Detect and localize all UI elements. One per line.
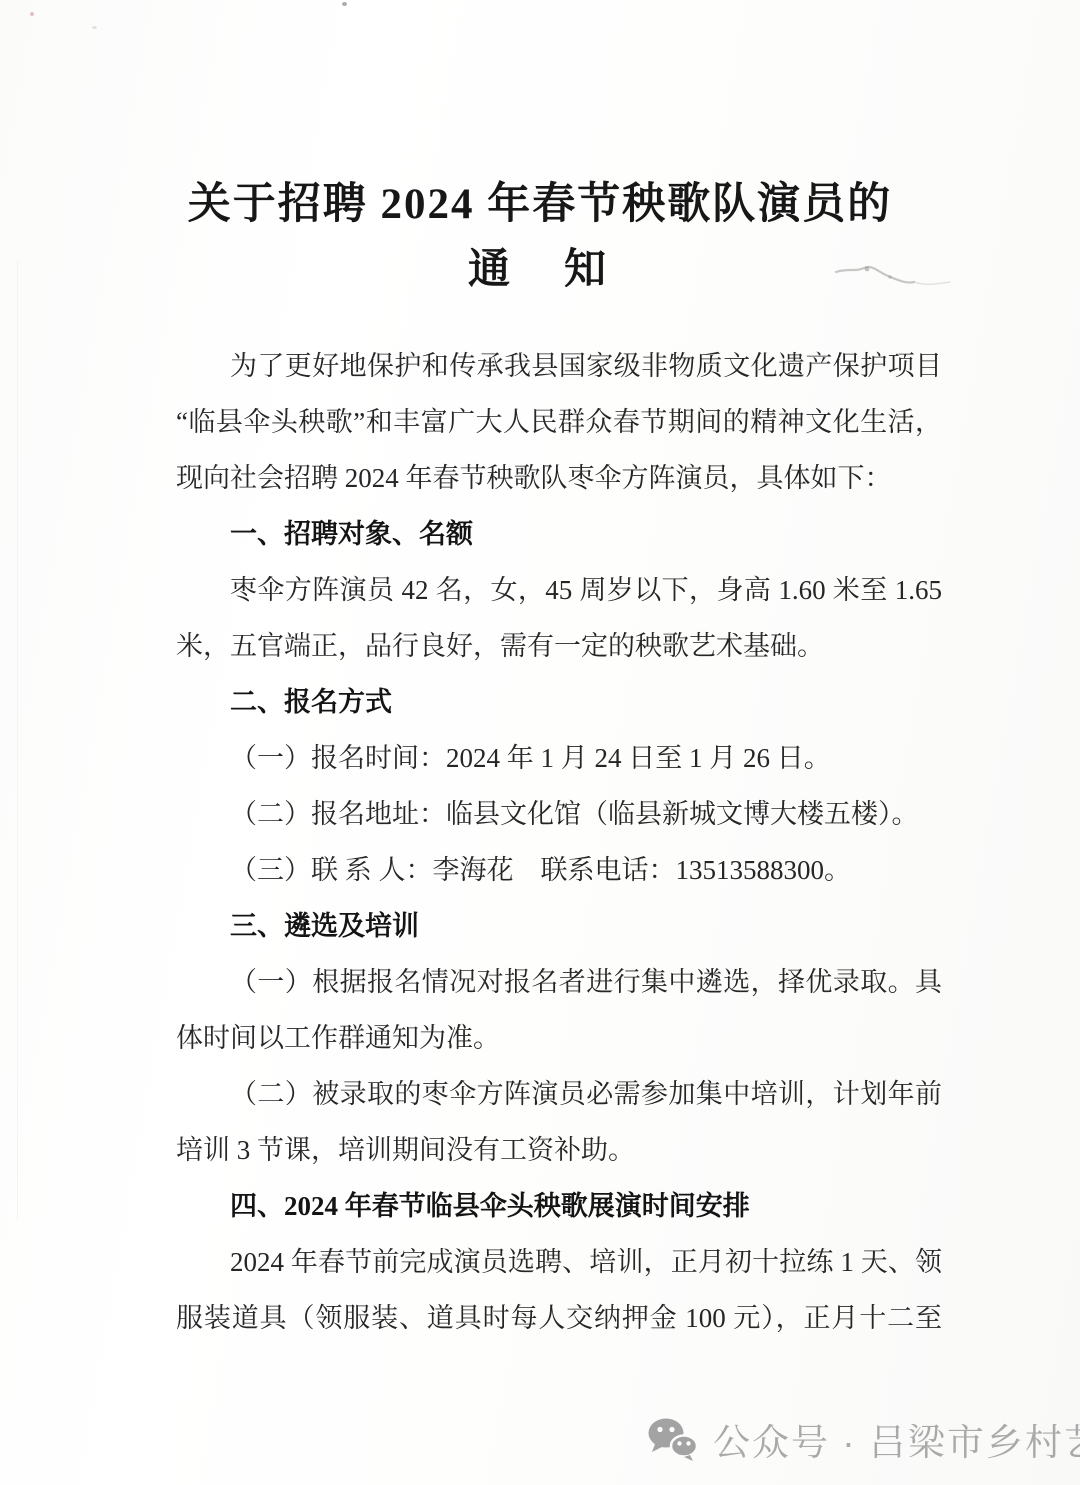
body-line: 为了更好地保护和传承我县国家级非物质文化遗产保护项目 (176, 338, 942, 394)
watermark-text: 公众号 · 吕梁市乡村艺术 (713, 1412, 1080, 1466)
body-line: 体时间以工作群通知为准。 (176, 1010, 942, 1066)
body-line: （二）被录取的枣伞方阵演员必需参加集中培训，计划年前 (176, 1066, 942, 1122)
scan-edge-artifact (17, 260, 18, 1220)
body-line: 现向社会招聘 2024 年春节秧歌队枣伞方阵演员，具体如下： (176, 450, 942, 506)
body-line: （一）根据报名情况对报名者进行集中遴选，择优录取。具 (176, 954, 942, 1010)
document-title-line-1: 关于招聘 2024 年春节秧歌队演员的 (0, 176, 1080, 234)
body-line: 米，五官端正，品行良好，需有一定的秧歌艺术基础。 (176, 618, 942, 674)
scanned-notice-page: 关于招聘 2024 年春节秧歌队演员的 通 知 为了更好地保护和传承我县国家级非… (0, 0, 1080, 1485)
scan-speck (92, 26, 97, 29)
section-heading-1: 一、招聘对象、名额 (176, 506, 942, 562)
section-heading-4: 四、2024 年春节临县伞头秧歌展演时间安排 (176, 1178, 942, 1234)
body-line: 2024 年春节前完成演员选聘、培训，正月初十拉练 1 天、领 (176, 1234, 942, 1290)
body-line: 枣伞方阵演员 42 名，女，45 周岁以下，身高 1.60 米至 1.65 (176, 562, 942, 618)
body-line: （一）报名时间：2024 年 1 月 24 日至 1 月 26 日。 (176, 730, 942, 786)
smudge-artifact (818, 248, 988, 318)
body-line: （三）联 系 人：李海花 联系电话：13513588300。 (176, 842, 942, 898)
wechat-icon (646, 1416, 700, 1462)
section-heading-3: 三、遴选及培训 (176, 898, 942, 954)
body-line: “临县伞头秧歌”和丰富广大人民群众春节期间的精神文化生活， (176, 394, 942, 450)
scan-speck (342, 2, 347, 6)
section-heading-2: 二、报名方式 (176, 674, 942, 730)
scan-speck (30, 12, 34, 16)
watermark-footer: 公众号 · 吕梁市乡村艺术 (646, 1412, 1080, 1466)
body-line: （二）报名地址：临县文化馆（临县新城文博大楼五楼）。 (176, 786, 942, 842)
document-body: 为了更好地保护和传承我县国家级非物质文化遗产保护项目 “临县伞头秧歌”和丰富广大… (176, 338, 942, 1346)
body-line: 培训 3 节课，培训期间没有工资补助。 (176, 1122, 942, 1178)
body-line: 服装道具（领服装、道具时每人交纳押金 100 元），正月十二至正 (176, 1290, 942, 1346)
